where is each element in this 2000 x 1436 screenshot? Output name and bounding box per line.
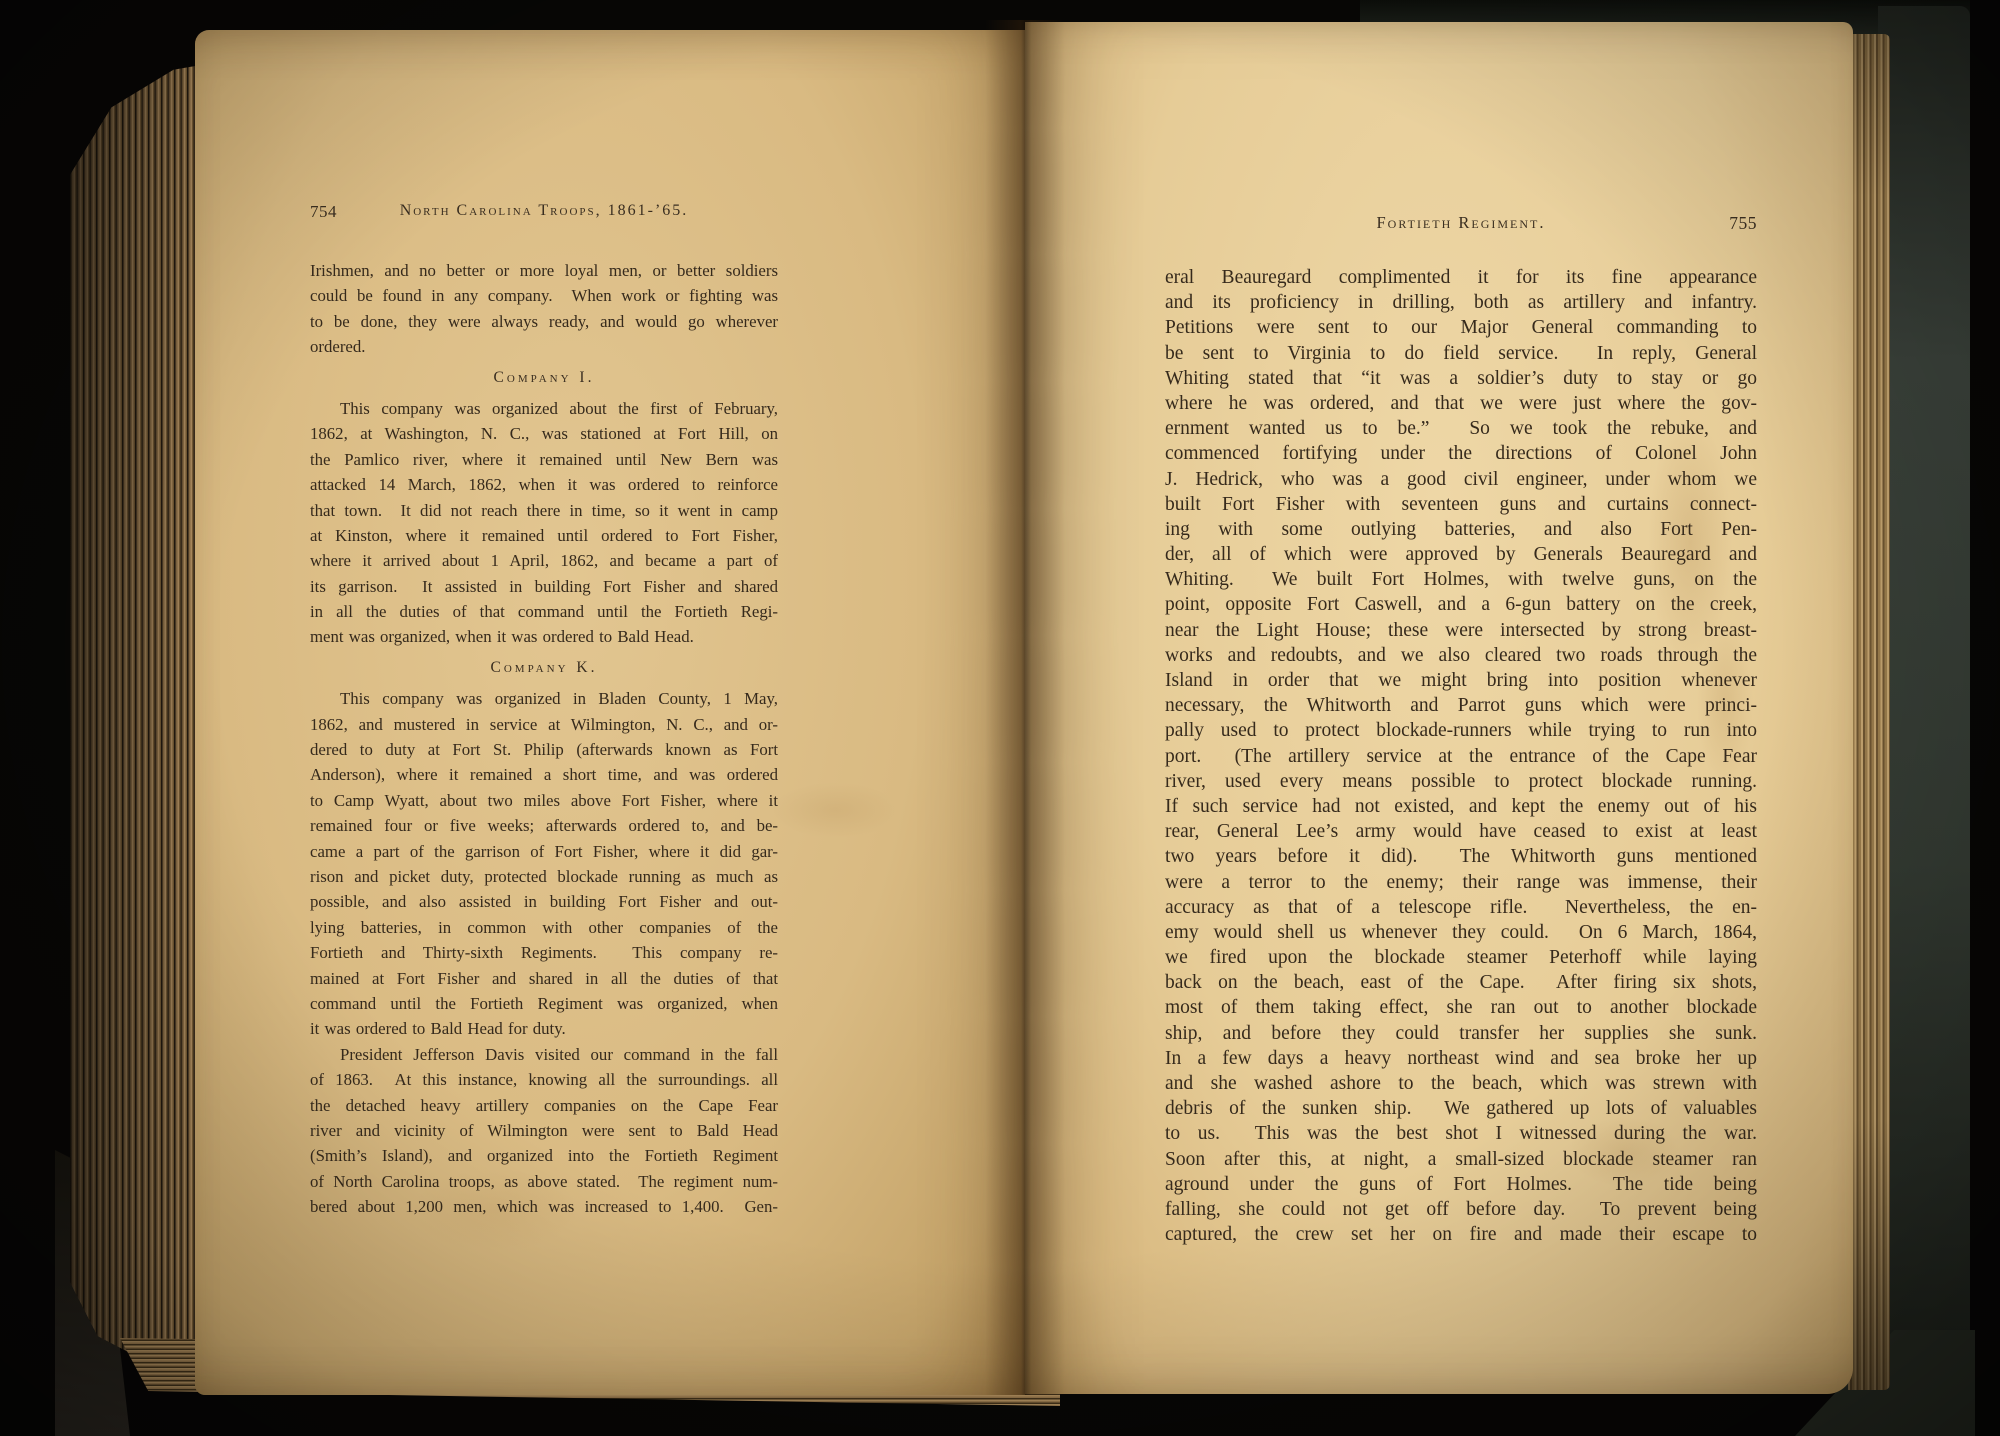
text-line: in all the duties of that command until … (310, 599, 778, 624)
text-line: commenced fortifying under the direction… (1165, 441, 1757, 466)
page-number-left: 754 (310, 202, 337, 222)
text-line: Island in order that we might bring into… (1165, 668, 1757, 693)
text-line: remained four or five weeks; afterwards … (310, 813, 778, 838)
paragraph: President Jefferson Davis visited our co… (310, 1042, 778, 1220)
page-edge-stack-right (1848, 34, 1890, 1390)
text-line: eral Beauregard complimented it for its … (1165, 265, 1757, 290)
text-line: to be done, they were always ready, and … (310, 309, 778, 334)
text-line: Fortieth and Thirty-sixth Regiments. Thi… (310, 940, 778, 965)
left-page-text: Irishmen, and no better or more loyal me… (310, 258, 778, 1219)
page-number-right: 755 (1729, 213, 1757, 234)
text-line: debris of the sunken ship. We gathered u… (1165, 1096, 1757, 1121)
open-book-photo: 754 North Carolina Troops, 1861-’65. Iri… (0, 0, 2000, 1436)
text-line: Soon after this, at night, a small-sized… (1165, 1147, 1757, 1172)
text-line: possible, and also assisted in building … (310, 889, 778, 914)
text-line: river and vicinity of Wilmington were se… (310, 1118, 778, 1143)
text-line: where he was ordered, and that we were j… (1165, 391, 1757, 416)
text-line: command until the Fortieth Regiment was … (310, 991, 778, 1016)
text-line: In a few days a heavy northeast wind and… (1165, 1046, 1757, 1071)
text-line: pally used to protect blockade-runners w… (1165, 718, 1757, 743)
text-line: ernment wanted us to be.” So we took the… (1165, 416, 1757, 441)
text-line: attacked 14 March, 1862, when it was ord… (310, 472, 778, 497)
text-line: necessary, the Whitworth and Parrot guns… (1165, 693, 1757, 718)
text-line: the Pamlico river, where it remained unt… (310, 447, 778, 472)
text-line: ment was organized, when it was ordered … (310, 624, 778, 649)
text-line: built Fort Fisher with seventeen guns an… (1165, 492, 1757, 517)
text-line: captured, the crew set her on fire and m… (1165, 1222, 1757, 1247)
text-line: that town. It did not reach there in tim… (310, 498, 778, 523)
text-line: two years before it did). The Whitworth … (1165, 844, 1757, 869)
text-line: bered about 1,200 men, which was increas… (310, 1194, 778, 1219)
company-heading: Company K. (310, 655, 778, 680)
text-line: (Smith’s Island), and organized into the… (310, 1143, 778, 1168)
text-line: Whiting stated that “it was a soldier’s … (1165, 366, 1757, 391)
text-line: at Kinston, where it remained until orde… (310, 523, 778, 548)
text-line: back on the beach, east of the Cape. Aft… (1165, 970, 1757, 995)
text-line: to us. This was the best shot I witnesse… (1165, 1121, 1757, 1146)
text-line: mained at Fort Fisher and shared in all … (310, 966, 778, 991)
text-line: aground under the guns of Fort Holmes. T… (1165, 1172, 1757, 1197)
text-line: rear, General Lee’s army would have ceas… (1165, 819, 1757, 844)
paragraph: This company was organized in Bladen Cou… (310, 686, 778, 1041)
text-line: Irishmen, and no better or more loyal me… (310, 258, 778, 283)
text-line: ing with some outlying batteries, and al… (1165, 517, 1757, 542)
text-line: of 1863. At this instance, knowing all t… (310, 1067, 778, 1092)
text-line: works and redoubts, and we also cleared … (1165, 643, 1757, 668)
text-line: most of them taking effect, she ran out … (1165, 995, 1757, 1020)
text-line: rison and picket duty, protected blockad… (310, 864, 778, 889)
text-line: point, opposite Fort Caswell, and a 6-gu… (1165, 592, 1757, 617)
text-line: lying batteries, in common with other co… (310, 915, 778, 940)
text-line: J. Hedrick, who was a good civil enginee… (1165, 467, 1757, 492)
paragraph: Irishmen, and no better or more loyal me… (310, 258, 778, 360)
left-page: 754 North Carolina Troops, 1861-’65. Iri… (195, 30, 1025, 1395)
right-page-text: eral Beauregard complimented it for its … (1165, 265, 1757, 1247)
company-heading: Company I. (310, 365, 778, 390)
text-line: it was ordered to Bald Head for duty. (310, 1016, 778, 1041)
text-line: emy would shell us whenever they could. … (1165, 920, 1757, 945)
text-line: This company was organized in Bladen Cou… (310, 686, 778, 711)
book-cover-right (1878, 6, 1970, 1430)
text-line: Anderson), where it remained a short tim… (310, 762, 778, 787)
running-header-left: 754 North Carolina Troops, 1861-’65. (310, 202, 778, 220)
text-line: of North Carolina troops, as above state… (310, 1169, 778, 1194)
text-line: river, used every means possible to prot… (1165, 769, 1757, 794)
text-line: President Jefferson Davis visited our co… (310, 1042, 778, 1067)
paragraph: This company was organized about the fir… (310, 396, 778, 650)
running-title-left: North Carolina Troops, 1861-’65. (400, 202, 689, 219)
text-line: could be found in any company. When work… (310, 283, 778, 308)
text-line: ship, and before they could transfer her… (1165, 1021, 1757, 1046)
text-line: be sent to Virginia to do field service.… (1165, 341, 1757, 366)
text-line: dered to duty at Fort St. Philip (afterw… (310, 737, 778, 762)
text-line: 1862, and mustered in service at Wilming… (310, 712, 778, 737)
text-line: 1862, at Washington, N. C., was statione… (310, 421, 778, 446)
text-line: port. (The artillery service at the entr… (1165, 744, 1757, 769)
text-line: accuracy as that of a telescope rifle. N… (1165, 895, 1757, 920)
text-line: near the Light House; these were interse… (1165, 618, 1757, 643)
text-line: der, all of which were approved by Gener… (1165, 542, 1757, 567)
running-header-right: Fortieth Regiment. 755 (1165, 213, 1757, 233)
text-line: were a terror to the enemy; their range … (1165, 870, 1757, 895)
text-line: and she washed ashore to the beach, whic… (1165, 1071, 1757, 1096)
text-line: falling, she could not get off before da… (1165, 1197, 1757, 1222)
text-line: the detached heavy artillery companies o… (310, 1093, 778, 1118)
text-line: This company was organized about the fir… (310, 396, 778, 421)
text-line: Petitions were sent to our Major General… (1165, 315, 1757, 340)
text-line: its garrison. It assisted in building Fo… (310, 574, 778, 599)
running-title-right: Fortieth Regiment. (1376, 213, 1545, 232)
text-line: to Camp Wyatt, about two miles above For… (310, 788, 778, 813)
text-line: If such service had not existed, and kep… (1165, 794, 1757, 819)
text-line: came a part of the garrison of Fort Fish… (310, 839, 778, 864)
right-page: Fortieth Regiment. 755 eral Beauregard c… (1025, 22, 1853, 1394)
text-line: we fired upon the blockade steamer Peter… (1165, 945, 1757, 970)
text-line: ordered. (310, 334, 778, 359)
text-line: where it arrived about 1 April, 1862, an… (310, 548, 778, 573)
paragraph: eral Beauregard complimented it for its … (1165, 265, 1757, 1247)
text-line: Whiting. We built Fort Holmes, with twel… (1165, 567, 1757, 592)
text-line: and its proficiency in drilling, both as… (1165, 290, 1757, 315)
